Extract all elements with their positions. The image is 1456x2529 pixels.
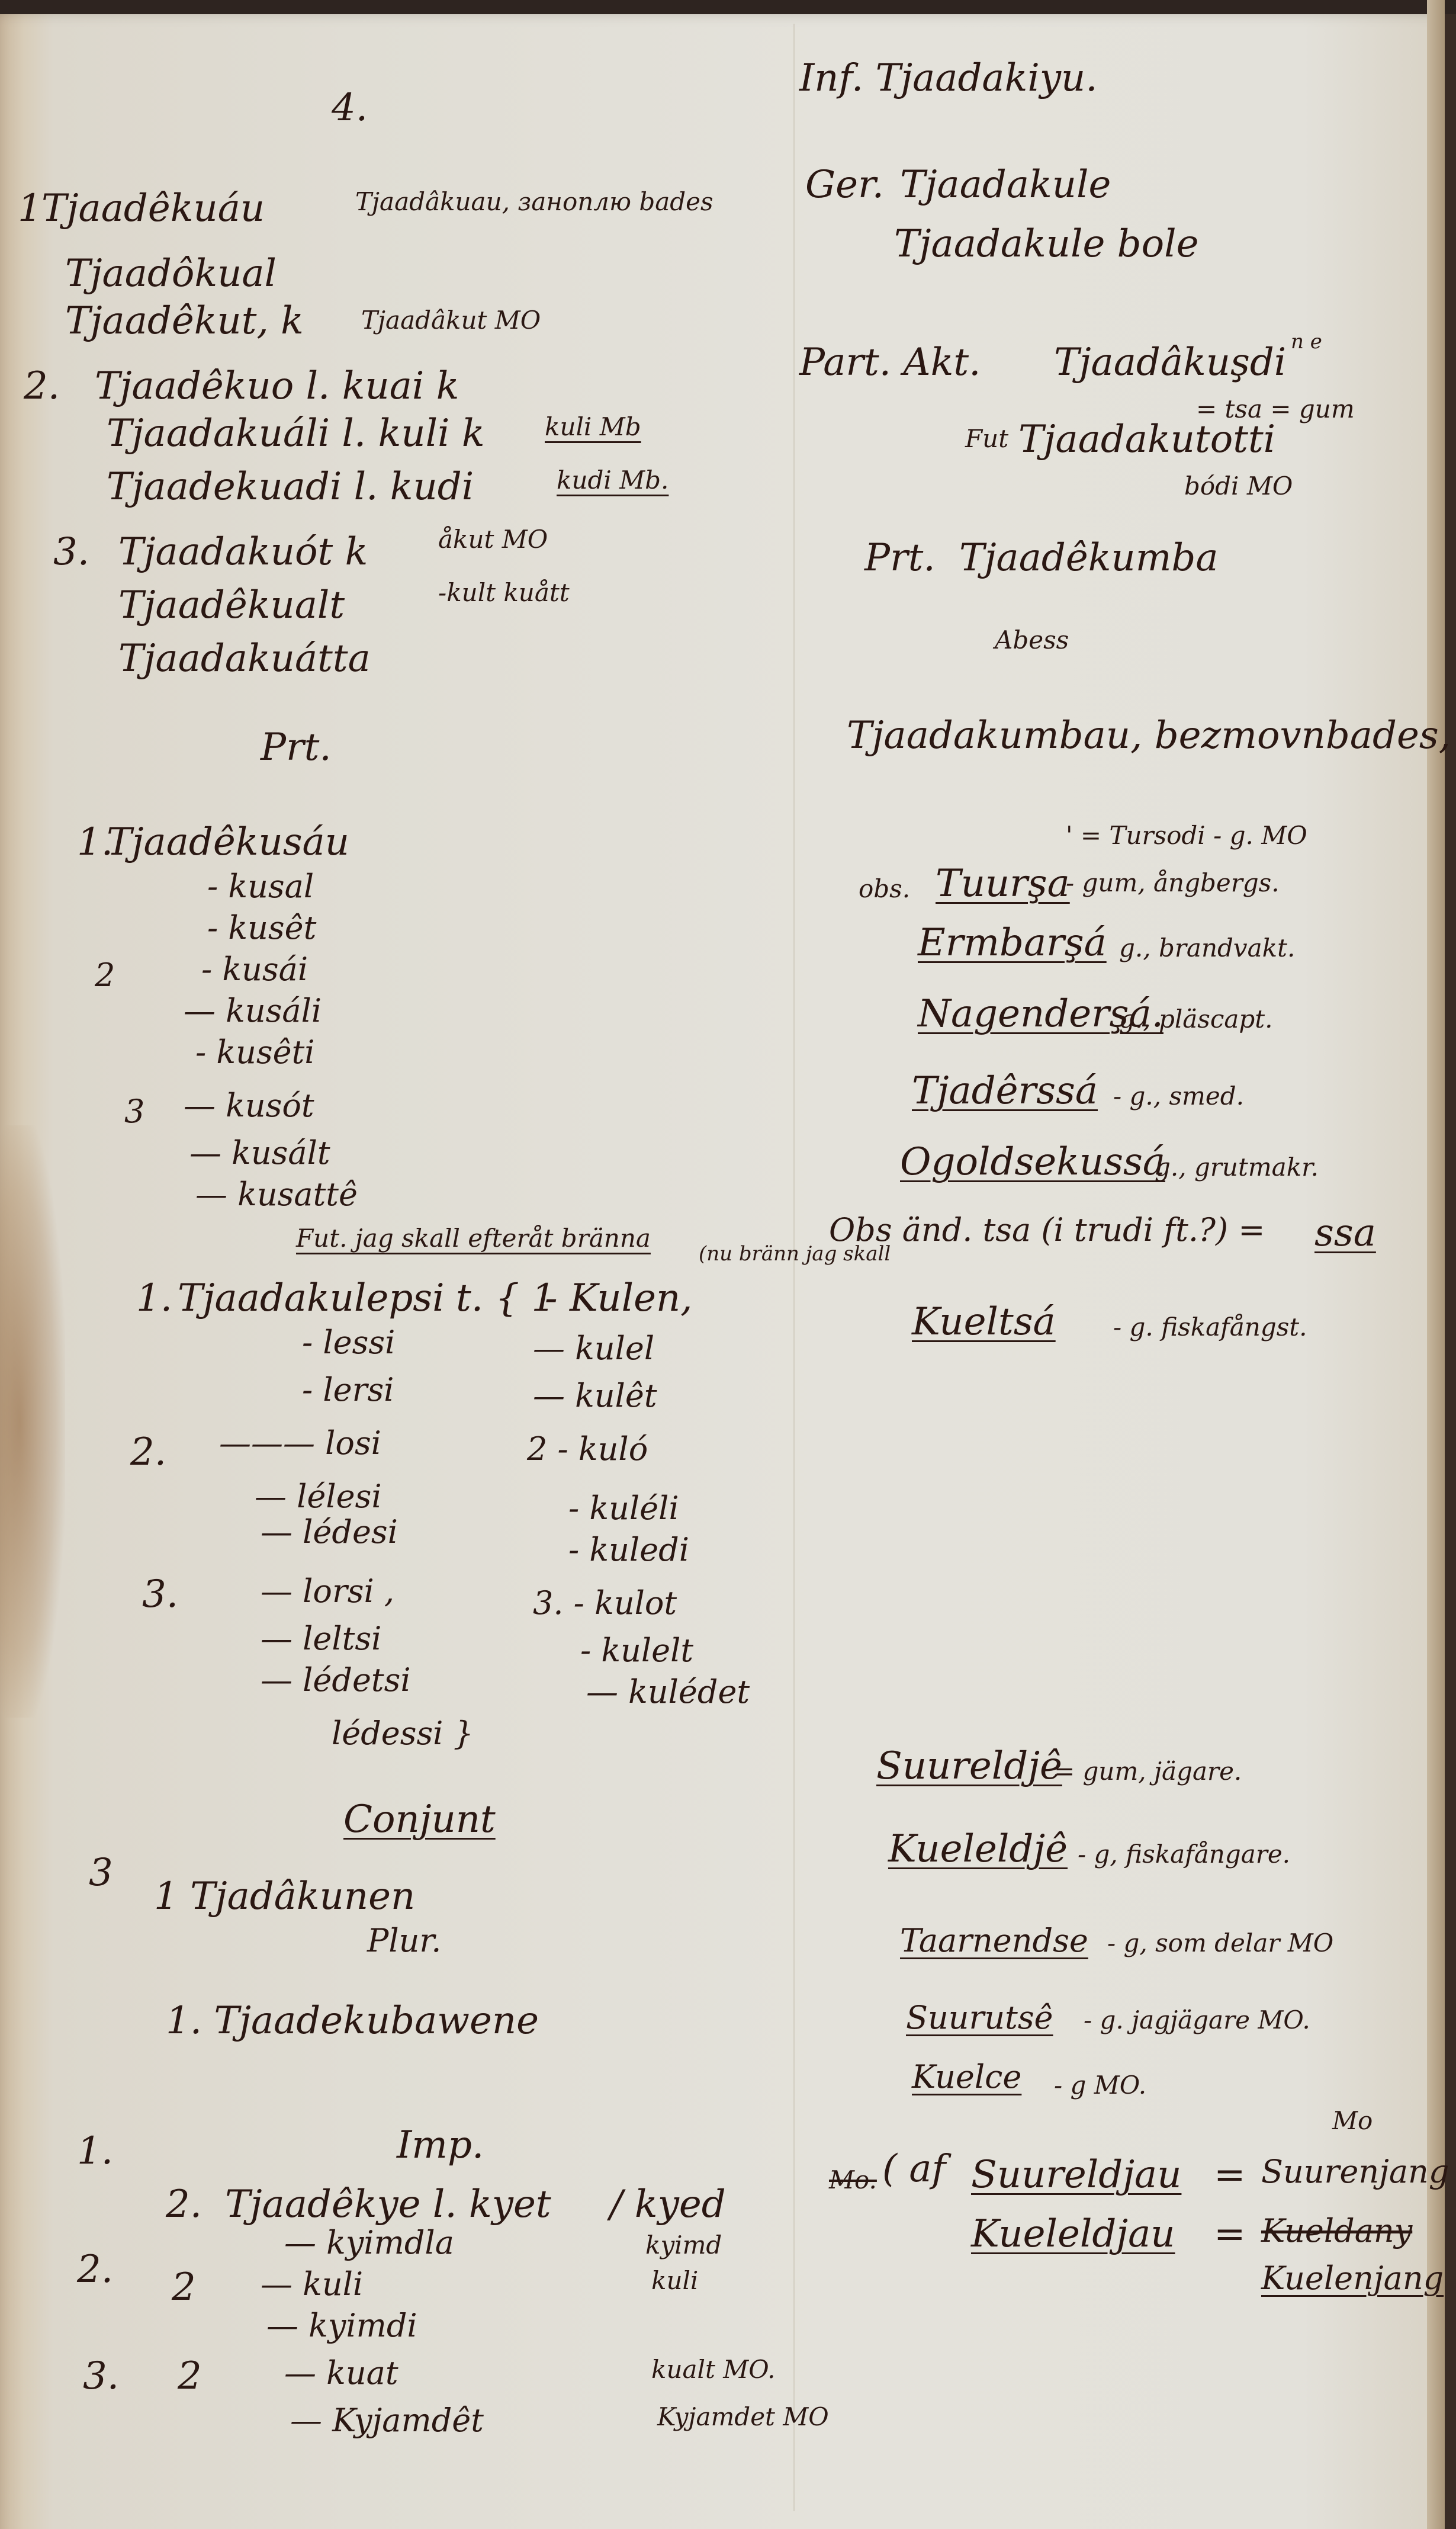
person-number: 2. bbox=[130, 1433, 166, 1471]
verb-form: Tjaadakuáli l. kuli k bbox=[107, 415, 485, 452]
derivation-source: Kueleldjau bbox=[971, 2215, 1175, 2253]
column-divider bbox=[793, 24, 795, 2511]
derivation-result: Kuelenjang bbox=[1261, 2262, 1444, 2294]
verb-note: Tjaadâkut MO bbox=[361, 308, 541, 333]
verb-form: — lédesi bbox=[261, 1516, 398, 1548]
page-right-edge bbox=[1427, 0, 1445, 2529]
verb-form: — kuli bbox=[261, 2268, 363, 2300]
verb-form: 1. Tjaadekubawene bbox=[166, 2002, 539, 2040]
verb-form: Tjaadôkual bbox=[65, 255, 277, 293]
agent-noun-gloss: - g, som delar MO bbox=[1107, 1931, 1333, 1956]
verb-form-alt: - kulelt bbox=[580, 1635, 693, 1667]
person-number: 3. bbox=[142, 1575, 178, 1613]
verb-form: — lorsi , bbox=[261, 1575, 394, 1607]
verb-form: ——— losi bbox=[219, 1427, 381, 1459]
noun-gloss: - g. fiskafångst. bbox=[1113, 1315, 1307, 1340]
agent-noun: Kuelce bbox=[912, 2061, 1021, 2093]
gerund-label: Ger. bbox=[805, 166, 884, 204]
person-number: 3. bbox=[53, 533, 89, 571]
obs-note-result: ssa bbox=[1314, 1214, 1376, 1252]
person-number: 1. bbox=[136, 1279, 172, 1317]
person-number: 2 bbox=[172, 2268, 196, 2306]
verb-form: lédessi } bbox=[332, 1718, 474, 1750]
noun-form: Tuurşa bbox=[936, 865, 1070, 903]
verb-form: — kusattê bbox=[195, 1179, 358, 1211]
derivation-source-tag: Mo bbox=[1332, 2108, 1373, 2133]
verb-note: åkut MO bbox=[438, 527, 548, 552]
noun-gloss: g., pläscapt. bbox=[1119, 1007, 1273, 1032]
verb-form: 1 Tjadâkunen bbox=[154, 1878, 415, 1915]
noun-form: Ermbarşá bbox=[918, 924, 1107, 962]
section-heading: Conjunt bbox=[343, 1801, 496, 1838]
person-number: 2. bbox=[24, 367, 60, 405]
agent-noun-gloss: - g MO. bbox=[1054, 2073, 1146, 2098]
verb-form: — Kyjamdêt bbox=[290, 2405, 484, 2437]
margin-number: 3 bbox=[89, 1854, 113, 1892]
verb-form: - kusêti bbox=[195, 1036, 315, 1068]
noun-gloss: g., grutmakr. bbox=[1155, 1155, 1319, 1180]
derivation-open: ( af bbox=[882, 2150, 946, 2188]
noun-gloss: - gum, ångbergs. bbox=[1066, 871, 1280, 896]
verb-form: — kusált bbox=[189, 1137, 330, 1169]
agent-noun-gloss: - g. jagjägare MO. bbox=[1084, 2008, 1310, 2033]
verb-form-alt: kuli bbox=[651, 2268, 698, 2293]
verb-form: Tjaadêkuo l. kuai k bbox=[95, 367, 459, 405]
participle-superscript: n e bbox=[1291, 332, 1322, 352]
verb-form: Tjaadêkye l. kyet bbox=[225, 2185, 551, 2223]
verb-form: Tjaadakuátta bbox=[118, 640, 371, 678]
verb-note: kudi Mb. bbox=[557, 468, 668, 493]
verb-form: — kuat bbox=[284, 2357, 398, 2389]
page-top-edge bbox=[0, 0, 1456, 14]
noun-gloss: - g., smed. bbox=[1113, 1084, 1244, 1109]
verb-form: - kusêt bbox=[207, 912, 316, 944]
person-number: 1 bbox=[18, 190, 42, 227]
future-participle-variant: bódi MO bbox=[1184, 474, 1293, 499]
noun-gloss: g., brandvakt. bbox=[1119, 936, 1295, 961]
noun-form: Tjadêrssá bbox=[912, 1072, 1098, 1110]
gerund-form: Tjaadakule bbox=[900, 166, 1111, 204]
section-heading: Prt. bbox=[261, 728, 332, 766]
verb-form-alt: 2 - kuló bbox=[527, 1433, 648, 1465]
agent-noun: Taarnendse bbox=[900, 1925, 1088, 1957]
derivation-source: Suureldjau bbox=[971, 2156, 1181, 2194]
person-number: 2 bbox=[95, 959, 115, 991]
person-number: 3 bbox=[124, 1096, 144, 1128]
verb-form-alt: — kulédet bbox=[586, 1676, 750, 1708]
derivation-result: Suurenjang bbox=[1261, 2156, 1449, 2188]
person-number: 2 bbox=[178, 2357, 202, 2395]
page-number: 4. bbox=[332, 89, 368, 127]
verb-form-alt: kyimd bbox=[645, 2233, 722, 2258]
future-participle-label: Fut bbox=[965, 426, 1008, 451]
verb-form: — lédetsi bbox=[261, 1664, 411, 1696]
verb-form: - lersi bbox=[302, 1374, 394, 1406]
person-number: 2. bbox=[166, 2185, 202, 2223]
margin-number: 3. bbox=[83, 2357, 119, 2395]
abessive-form: Tjaadakumbau, bezmovnbades, bbox=[847, 717, 1451, 755]
participle-label: Part. Akt. bbox=[799, 344, 981, 381]
verb-form: — leltsi bbox=[261, 1623, 381, 1655]
margin-marker: Mo. bbox=[829, 2168, 877, 2193]
margin-number: 1. bbox=[77, 2132, 113, 2170]
observation-note: ' = Tursodi - g. MO bbox=[1066, 823, 1307, 848]
agent-noun: Suurutsê bbox=[906, 2002, 1053, 2034]
section-heading: Imp. bbox=[397, 2126, 484, 2164]
verb-form-alt: / kyed bbox=[610, 2185, 726, 2223]
verb-form: — kyimdla bbox=[284, 2227, 454, 2259]
future-participle-form: Tjaadakutotti bbox=[1018, 421, 1275, 458]
water-stain bbox=[0, 1125, 65, 1718]
verb-form: - lessi bbox=[302, 1327, 395, 1359]
verb-form: Tjaadêkuáu bbox=[41, 190, 265, 227]
verb-form: Tjaadêkusáu bbox=[107, 823, 349, 861]
verb-note: kuli Mb bbox=[545, 415, 641, 439]
verb-form-alt: kualt MO. bbox=[651, 2357, 776, 2382]
perfect-participle-label: Prt. bbox=[864, 539, 936, 577]
verb-form: Tjaadekuadi l. kudi bbox=[107, 468, 474, 506]
number-label: Plur. bbox=[367, 1925, 441, 1957]
obs-note: Obs änd. tsa (i trudi ft.?) = bbox=[829, 1214, 1265, 1246]
verb-form-alt: — kulêt bbox=[533, 1380, 657, 1412]
verb-form: Tjaadêkut, k bbox=[65, 302, 304, 340]
obs-prefix: obs. bbox=[859, 877, 910, 901]
perfect-participle-form: Tjaadêkumba bbox=[959, 539, 1219, 577]
participle-form: Tjaadâkuşdi bbox=[1054, 344, 1286, 381]
noun-form: Kueltsá bbox=[912, 1303, 1056, 1341]
derivation-equals: = bbox=[1214, 2215, 1246, 2253]
verb-form: — lélesi bbox=[255, 1481, 382, 1513]
verb-form-alt: - kuléli bbox=[568, 1493, 679, 1525]
noun-form: Ogoldsekussá bbox=[900, 1143, 1165, 1181]
infinitive: Inf. Tjaadakiyu. bbox=[799, 59, 1098, 97]
verb-form: Tjaadakuót k bbox=[118, 533, 368, 571]
verb-form: — kusáli bbox=[184, 995, 322, 1027]
abessive-label: Abess bbox=[995, 628, 1069, 653]
margin-number: 2. bbox=[77, 2251, 113, 2289]
verb-form-alt: — kulel bbox=[533, 1333, 654, 1365]
derivation-equals: = bbox=[1214, 2156, 1246, 2194]
verb-form-alt: - kuledi bbox=[568, 1534, 689, 1566]
verb-form: — kyimdi bbox=[266, 2310, 417, 2342]
verb-form-alt: Kyjamdet MO bbox=[657, 2405, 829, 2429]
gerund-form: Tjaadakule bole bbox=[894, 225, 1199, 263]
agent-noun-gloss: - g, fiskafångare. bbox=[1078, 1842, 1290, 1867]
verb-form: Tjaadêkualt bbox=[118, 586, 345, 624]
verb-form: - kusal bbox=[207, 871, 314, 903]
verb-note: Tjaadâkuau, заноплю bades bbox=[355, 190, 713, 214]
verb-form-alt: - Kulen, bbox=[545, 1279, 693, 1317]
agent-noun-gloss: = gum, jägare. bbox=[1054, 1759, 1242, 1784]
manuscript-page: 4. 1 Tjaadêkuáu Tjaadâkuau, заноплю bade… bbox=[0, 0, 1445, 2529]
agent-noun: Suureldjê bbox=[876, 1747, 1062, 1785]
verb-form: — kusót bbox=[184, 1090, 314, 1122]
section-heading: Fut. jag skall efteråt bränna bbox=[296, 1226, 651, 1251]
derivation-result-struck: Kueldany bbox=[1261, 2215, 1412, 2247]
verb-form-alt: 3. - kulot bbox=[533, 1587, 677, 1619]
verb-form-prefix: t. { 1 bbox=[456, 1279, 555, 1317]
verb-note: -kult kuått bbox=[438, 580, 570, 605]
agent-noun: Kueleldjê bbox=[888, 1830, 1068, 1868]
verb-form: - kusái bbox=[201, 954, 308, 986]
verb-form: Tjaadakulepsi bbox=[178, 1279, 445, 1317]
